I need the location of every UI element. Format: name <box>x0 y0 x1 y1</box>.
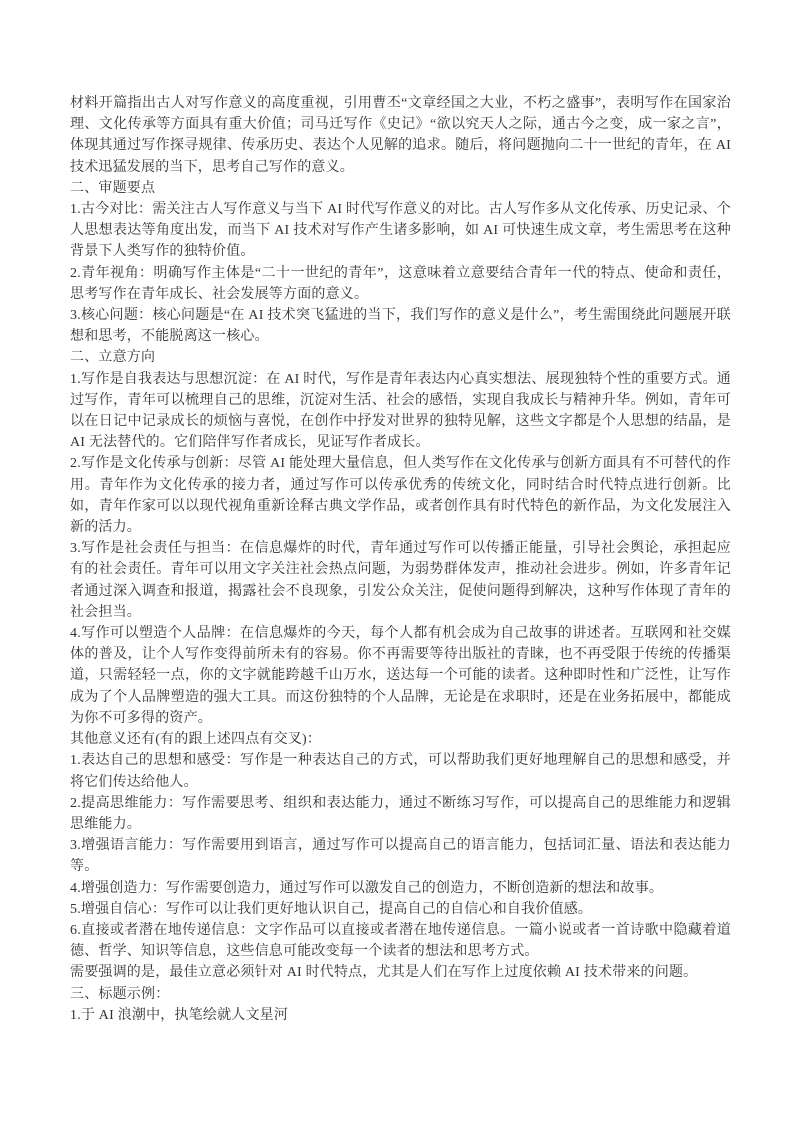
paragraph: 3.增强语言能力：写作需要用到语言，通过写作可以提高自己的语言能力，包括词汇量、… <box>70 835 731 877</box>
paragraph: 2.提高思维能力：写作需要思考、组织和表达能力，通过不断练习写作，可以提高自己的… <box>70 793 731 835</box>
paragraph: 6.直接或者潜在地传递信息：文字作品可以直接或者潜在地传递信息。一篇小说或者一首… <box>70 920 731 962</box>
document-page: 材料开篇指出古人对写作意义的高度重视，引用曹丕“文章经国之大业，不朽之盛事”，表… <box>70 93 731 1026</box>
paragraph: 1.于 AI 浪潮中，执笔绘就人文星河 <box>70 1005 731 1026</box>
paragraph: 3.写作是社会责任与担当：在信息爆炸的时代，青年通过写作可以传播正能量，引导社会… <box>70 538 731 623</box>
paragraph: 需要强调的是，最佳立意必须针对 AI 时代特点，尤其是人们在写作上过度依赖 AI… <box>70 962 731 983</box>
paragraph: 5.增强自信心：写作可以让我们更好地认识自己，提高自己的自信心和自我价值感。 <box>70 899 731 920</box>
paragraph: 2.青年视角：明确写作主体是“二十一世纪的青年”，这意味着立意要结合青年一代的特… <box>70 263 731 305</box>
section-heading: 二、审题要点 <box>70 178 731 199</box>
paragraph: 1.写作是自我表达与思想沉淀：在 AI 时代，写作是青年表达内心真实想法、展现独… <box>70 369 731 454</box>
paragraph: 1.古今对比：需关注古人写作意义与当下 AI 时代写作意义的对比。古人写作多从文… <box>70 199 731 263</box>
paragraph: 1.表达自己的思想和感受：写作是一种表达自己的方式，可以帮助我们更好地理解自己的… <box>70 750 731 792</box>
paragraph: 4.增强创造力：写作需要创造力，通过写作可以激发自己的创造力，不断创造新的想法和… <box>70 878 731 899</box>
paragraph: 4.写作可以塑造个人品牌：在信息爆炸的今天，每个人都有机会成为自己故事的讲述者。… <box>70 623 731 729</box>
document-body: 材料开篇指出古人对写作意义的高度重视，引用曹丕“文章经国之大业，不朽之盛事”，表… <box>70 93 731 1026</box>
paragraph: 材料开篇指出古人对写作意义的高度重视，引用曹丕“文章经国之大业，不朽之盛事”，表… <box>70 93 731 178</box>
section-heading: 二、立意方向 <box>70 347 731 368</box>
paragraph: 其他意义还有(有的跟上述四点有交叉)： <box>70 729 731 750</box>
paragraph: 2.写作是文化传承与创新：尽管 AI 能处理大量信息，但人类写作在文化传承与创新… <box>70 453 731 538</box>
section-heading: 三、标题示例： <box>70 984 731 1005</box>
paragraph: 3.核心问题：核心问题是“在 AI 技术突飞猛进的当下，我们写作的意义是什么”，… <box>70 305 731 347</box>
